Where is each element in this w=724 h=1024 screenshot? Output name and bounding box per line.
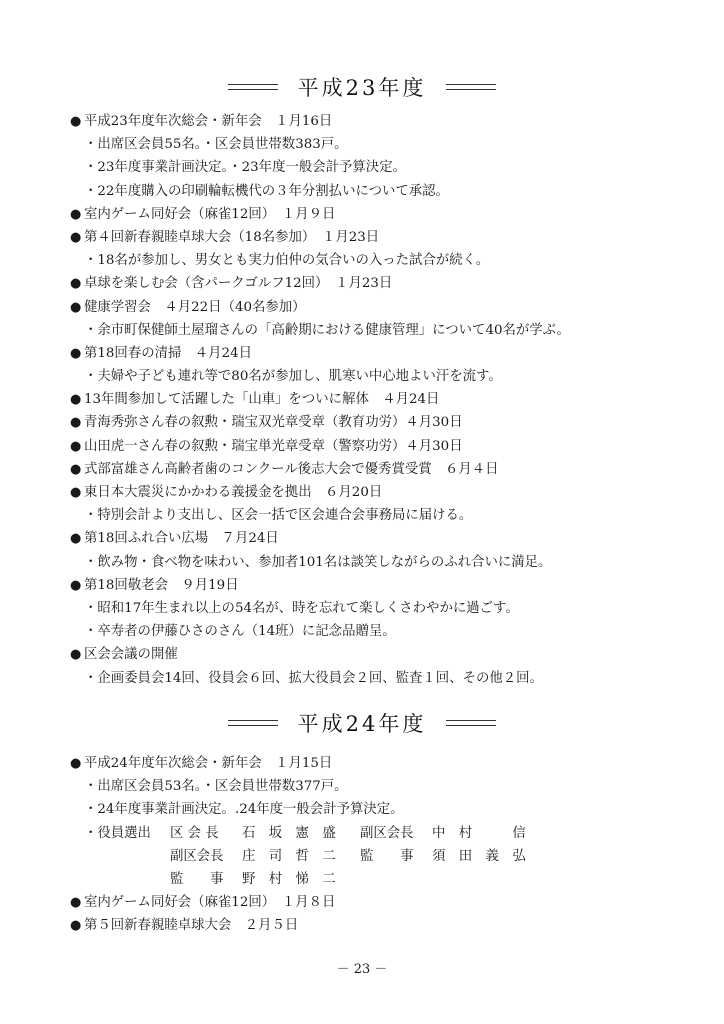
sub-item: ・余市町保健師土屋瑠さんの「高齢期における健康管理」について40名が学ぶ。: [70, 319, 690, 342]
sub-item: ・24年度事業計画決定。.24年度一般会計予算決定。: [70, 798, 690, 821]
document-page: 平成23年度 ●平成23年度年次総会・新年会 １月16日・出席区会員55名。・区…: [0, 0, 724, 1024]
bullet-icon: ●: [70, 435, 84, 458]
list-item: ●卓球を楽しむ会（含パークゴルフ12回） １月23日: [70, 272, 690, 295]
item-text: 13年間参加して活躍した「山車」をついに解体 ４月24日: [84, 392, 439, 407]
list-item: ●第18回春の清掃 ４月24日: [70, 342, 690, 365]
list-item: ●平成24年度年次総会・新年会 １月15日: [70, 752, 690, 775]
bullet-icon: ●: [70, 527, 84, 550]
list-item: ●第18回敬老会 ９月19日: [70, 574, 690, 597]
sub-item: ・出席区会員53名。・区会員世帯数377戸。: [70, 775, 690, 798]
bullet-icon: ●: [70, 458, 84, 481]
bullet-icon: ●: [70, 296, 84, 319]
bullet-icon: ●: [70, 272, 84, 295]
list-item: ●区会会議の開催: [70, 643, 690, 666]
item-text: 平成24年度年次総会・新年会 １月15日: [84, 756, 332, 771]
year-heading-h24: 平成24年度: [0, 708, 724, 738]
sub-item: ・卒寿者の伊藤ひさのさん（14班）に記念品贈呈。: [70, 620, 690, 643]
list-item: ●健康学習会 ４月22日（40名参加）: [70, 296, 690, 319]
officer-name: 野 村 悌 二: [242, 868, 360, 891]
double-rule-right: [446, 84, 496, 90]
officer-name: 庄 司 哲 二: [242, 845, 360, 868]
double-rule-left: [228, 84, 278, 90]
officer-label: ・役員選出: [84, 822, 170, 845]
sub-item: ・23年度事業計画決定。・23年度一般会計予算決定。: [70, 156, 690, 179]
item-text: 第18回ふれ合い広場 ７月24日: [84, 531, 279, 546]
officer-role: 監 事: [360, 845, 428, 868]
officer-role: 監 事: [170, 868, 238, 891]
item-text: 平成23年度年次総会・新年会 １月16日: [84, 114, 332, 129]
list-item: ●東日本大震災にかかわる義援金を拠出 ６月20日: [70, 481, 690, 504]
bullet-icon: ●: [70, 574, 84, 597]
bullet-icon: ●: [70, 891, 84, 914]
officer-row: 副区会長庄 司 哲 二監 事須 田 義 弘: [84, 845, 690, 868]
bullet-icon: ●: [70, 110, 84, 133]
officer-row: 監 事野 村 悌 二: [84, 868, 690, 891]
item-text: 区会会議の開催: [84, 647, 178, 662]
officer-name: 石 坂 憲 盛: [242, 822, 360, 845]
list-item: ●室内ゲーム同好会（麻雀12回） １月９日: [70, 203, 690, 226]
bullet-icon: ●: [70, 411, 84, 434]
bullet-icon: ●: [70, 203, 84, 226]
sub-item: ・出席区会員55名。・区会員世帯数383戸。: [70, 133, 690, 156]
section-h23-entries: ●平成23年度年次総会・新年会 １月16日・出席区会員55名。・区会員世帯数38…: [70, 110, 690, 690]
sub-item: ・夫婦や子ども連れ等で80名が参加し、肌寒い中心地よい汗を流す。: [70, 365, 690, 388]
section-h24-entries: ●平成24年度年次総会・新年会 １月15日・出席区会員53名。・区会員世帯数37…: [70, 752, 690, 938]
list-item: ●第４回新春親睦卓球大会（18名参加） １月23日: [70, 226, 690, 249]
list-item: ●13年間参加して活躍した「山車」をついに解体 ４月24日: [70, 388, 690, 411]
bullet-icon: ●: [70, 752, 84, 775]
item-text: 第４回新春親睦卓球大会（18名参加） １月23日: [84, 230, 379, 245]
list-item: ●第18回ふれ合い広場 ７月24日: [70, 527, 690, 550]
list-item: ●平成23年度年次総会・新年会 １月16日: [70, 110, 690, 133]
bullet-icon: ●: [70, 342, 84, 365]
list-item: ●青海秀弥さん春の叙勲・瑞宝双光章受章（教育功労）４月30日: [70, 411, 690, 434]
officer-label: [84, 845, 170, 868]
item-text: 室内ゲーム同好会（麻雀12回） １月８日: [84, 895, 335, 910]
sub-item: ・飲み物・食べ物を味わい、参加者101名は談笑しながらのふれ合いに満足。: [70, 551, 690, 574]
item-text: 卓球を楽しむ会（含パークゴルフ12回） １月23日: [84, 276, 392, 291]
page-number: － 23 －: [0, 958, 724, 977]
item-text: 室内ゲーム同好会（麻雀12回） １月９日: [84, 207, 335, 222]
item-text: 青海秀弥さん春の叙勲・瑞宝双光章受章（教育功労）４月30日: [84, 415, 463, 430]
item-text: 式部富雄さん高齢者歯のコンクール後志大会で優秀賞受賞 ６月４日: [84, 462, 499, 477]
double-rule-left: [228, 720, 278, 726]
bullet-icon: ●: [70, 226, 84, 249]
officer-label: [84, 868, 170, 891]
item-text: 第18回春の清掃 ４月24日: [84, 346, 252, 361]
item-text: 第５回新春親睦卓球大会 ２月５日: [84, 918, 298, 933]
officer-role: 副区会長: [170, 845, 238, 868]
bullet-icon: ●: [70, 914, 84, 937]
year-heading-h23: 平成23年度: [0, 72, 724, 102]
item-text: 東日本大震災にかかわる義援金を拠出 ６月20日: [84, 485, 382, 500]
officer-table: ・役員選出区 会 長石 坂 憲 盛副区会長中 村 信副区会長庄 司 哲 二監 事…: [70, 822, 690, 892]
officer-role: 副区会長: [360, 822, 428, 845]
list-item: ●第５回新春親睦卓球大会 ２月５日: [70, 914, 690, 937]
sub-item: ・昭和17年生まれ以上の54名が、時を忘れて楽しくさわやかに過ごす。: [70, 597, 690, 620]
list-item: ●室内ゲーム同好会（麻雀12回） １月８日: [70, 891, 690, 914]
bullet-icon: ●: [70, 481, 84, 504]
list-item: ●山田虎一さん春の叙勲・瑞宝単光章受章（警察功労）４月30日: [70, 435, 690, 458]
double-rule-right: [446, 720, 496, 726]
bullet-icon: ●: [70, 643, 84, 666]
bullet-icon: ●: [70, 388, 84, 411]
year-title: 平成24年度: [298, 708, 427, 738]
officer-name: 須 田 義 弘: [432, 845, 562, 868]
item-text: 第18回敬老会 ９月19日: [84, 578, 239, 593]
item-text: 山田虎一さん春の叙勲・瑞宝単光章受章（警察功労）４月30日: [84, 439, 463, 454]
year-title: 平成23年度: [298, 72, 427, 102]
sub-item: ・18名が参加し、男女とも実力伯仲の気合いの入った試合が続く。: [70, 249, 690, 272]
officer-role: 区 会 長: [170, 822, 238, 845]
item-text: 健康学習会 ４月22日（40名参加）: [84, 300, 306, 315]
officer-name: 中 村 信: [432, 822, 562, 845]
sub-item: ・企画委員会14回、役員会６回、拡大役員会２回、監査１回、その他２回。: [70, 667, 690, 690]
officer-row: ・役員選出区 会 長石 坂 憲 盛副区会長中 村 信: [84, 822, 690, 845]
sub-item: ・22年度購入の印刷輪転機代の３年分割払いについて承認。: [70, 180, 690, 203]
sub-item: ・特別会計より支出し、区会一括で区会連合会事務局に届ける。: [70, 504, 690, 527]
list-item: ●式部富雄さん高齢者歯のコンクール後志大会で優秀賞受賞 ６月４日: [70, 458, 690, 481]
